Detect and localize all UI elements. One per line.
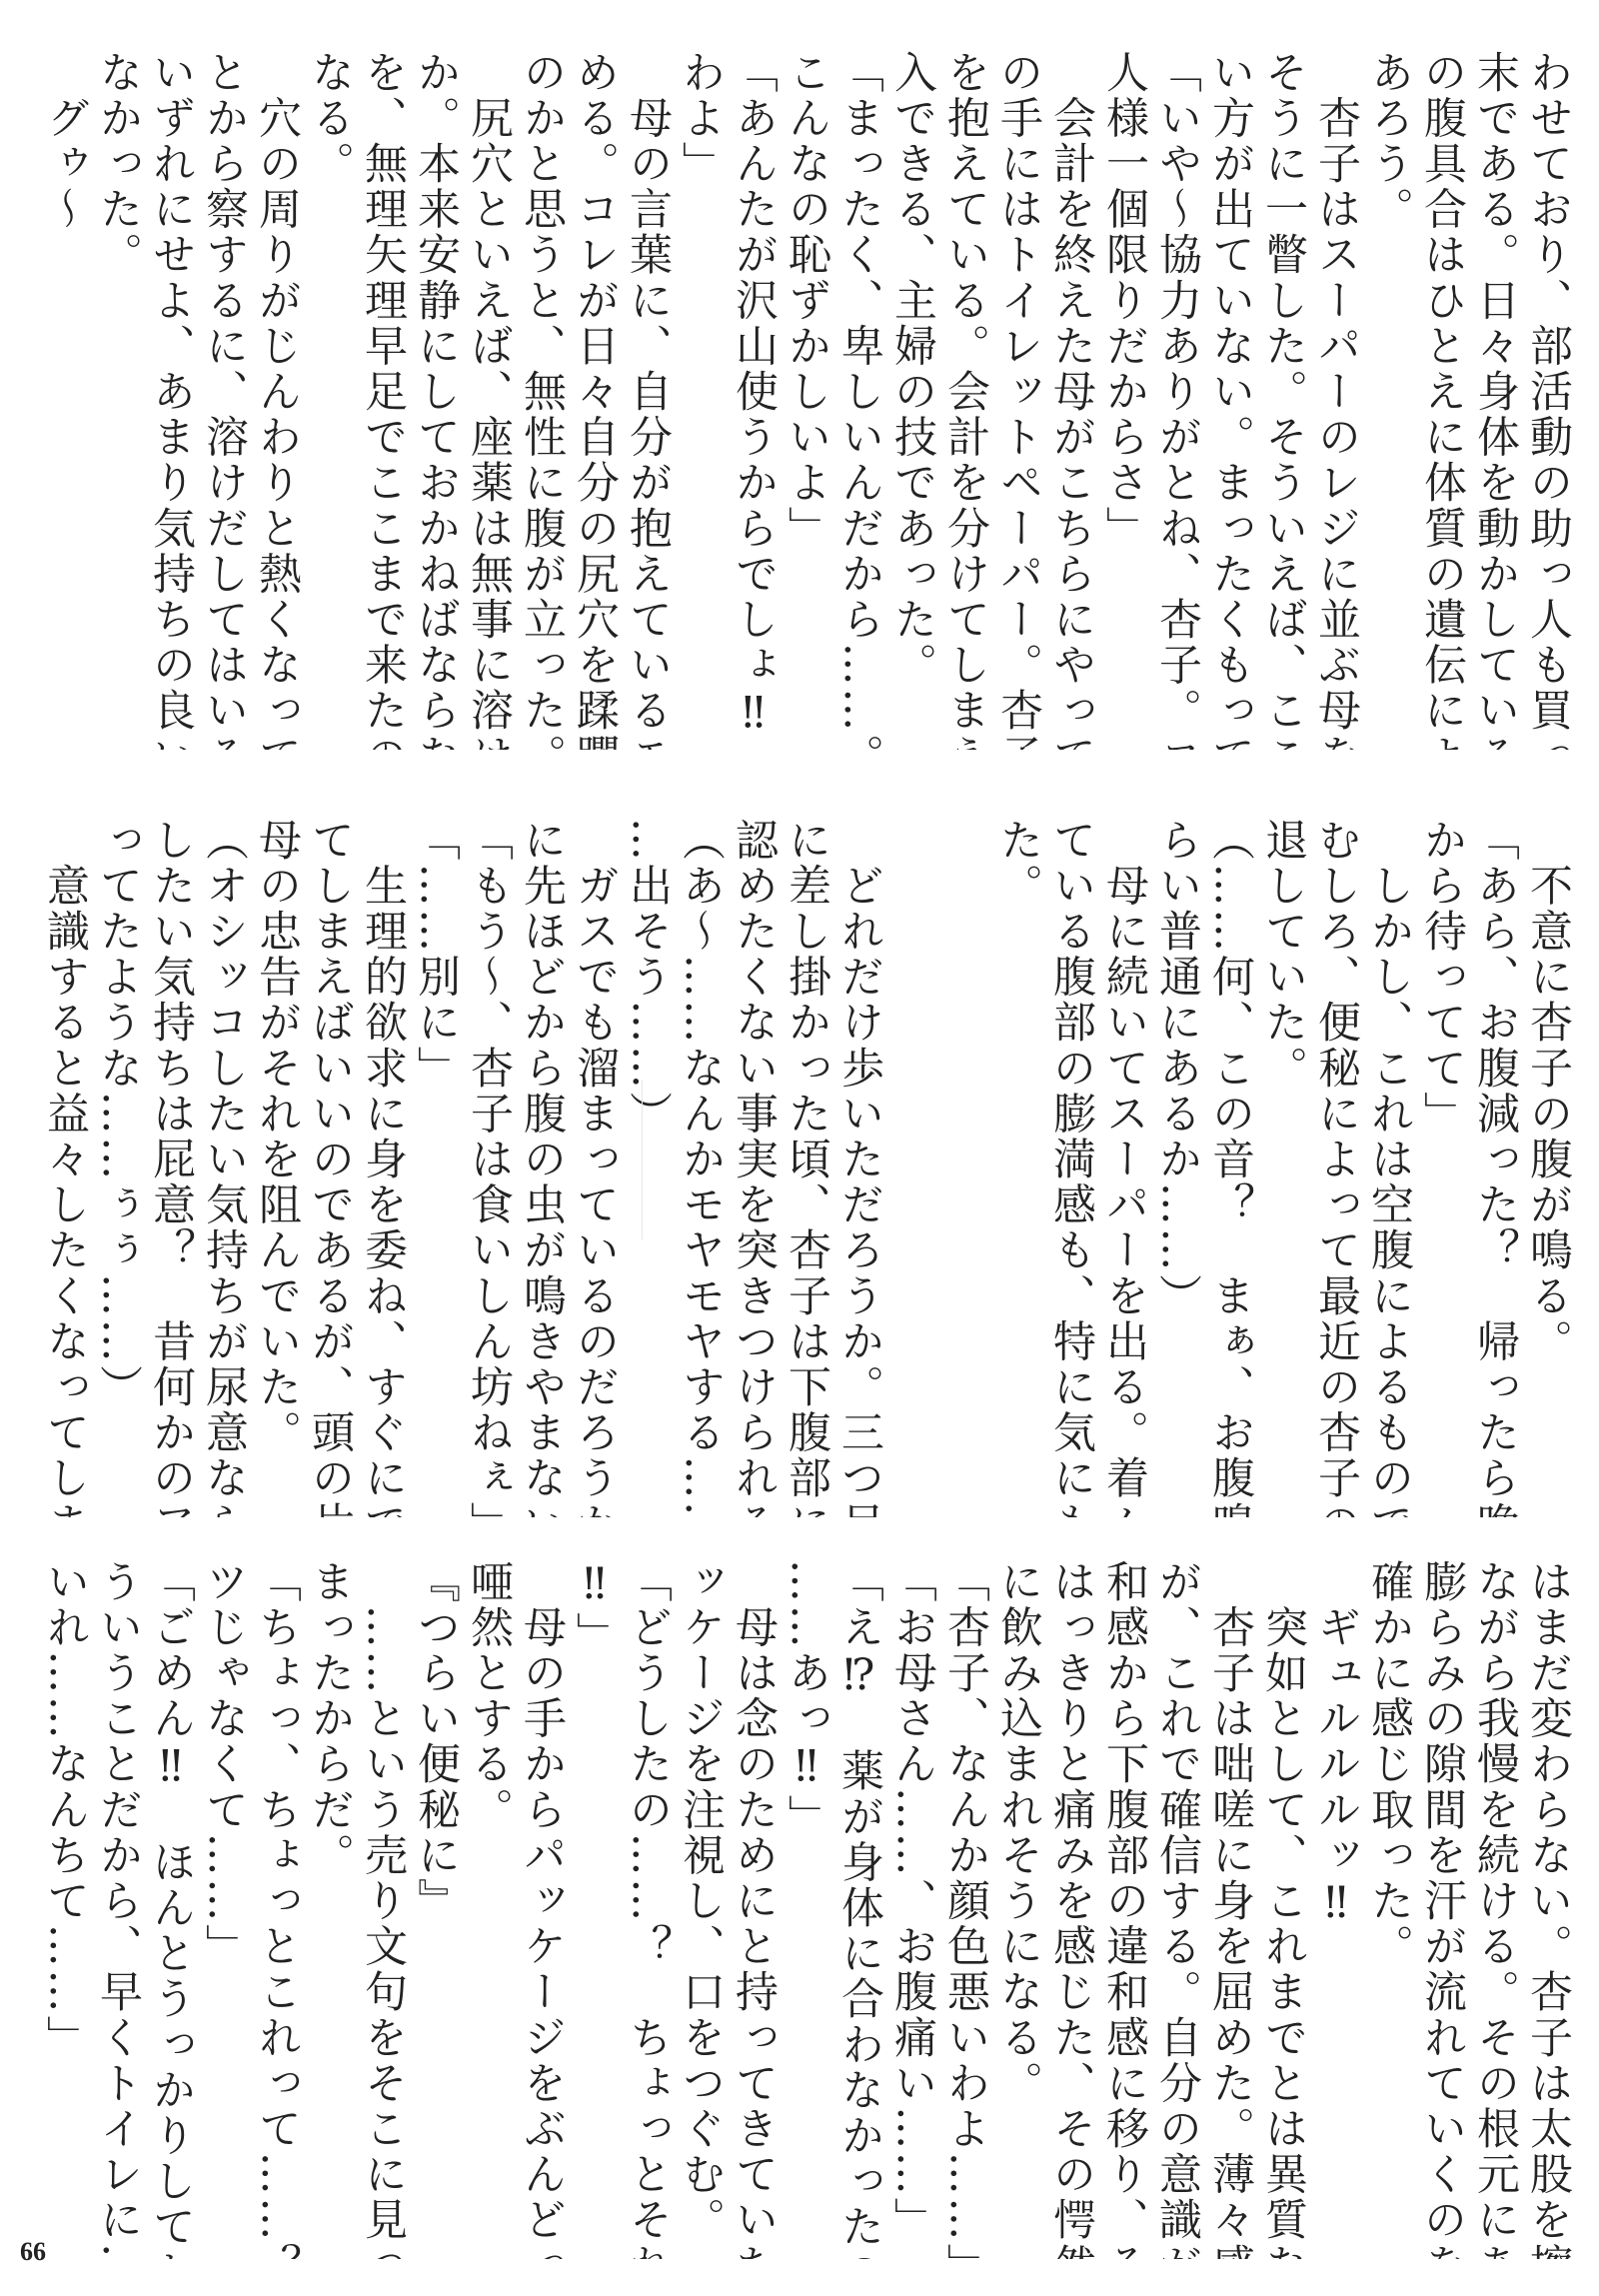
text-block-bottom: はまだ変わらない。杏子は太股を擦り合わせ ながら我慢を続ける。その根元にある二つ… — [35, 1559, 1574, 2259]
text-line: （オシッコしたい気持ちが尿意なら、オナラ — [197, 818, 250, 1517]
text-line: が、これで確信する。自分の意識が肛門の違 — [1150, 1559, 1203, 2259]
text-line: グゥ〜 — [38, 50, 91, 750]
text-line: に先ほどから腹の虫が鳴きやまない。 — [515, 818, 568, 1517]
text-block-top: わせており、部活動の助っ人も買って出る始 末である。日々身体を動かしているのに、… — [35, 50, 1574, 750]
text-line: に飲み込まれそうになる。 — [991, 1559, 1044, 2259]
text-line: 「え⁉ 薬が身体に合わなかったのかしら — [832, 1559, 885, 2259]
text-line: 「もう〜、杏子は食いしん坊ねぇ」 — [462, 818, 515, 1517]
text-line: 唖然とする。 — [462, 1559, 515, 2259]
text-line: 尻穴といえば、座薬は無事に溶けただろう — [462, 50, 515, 750]
text-line: いずれにせよ、あまり気持ちの良いものでは — [144, 50, 197, 750]
text-line: 「……別に」 — [409, 818, 462, 1517]
text-line: むしろ、便秘によって最近の杏子の食欲は減 — [1309, 818, 1362, 1517]
text-line: 杏子は咄嗟に身を屈めた。薄々感じていた — [1203, 1559, 1256, 2259]
text-line: いれ……なんちて……」 — [38, 1559, 91, 2259]
text-line: まったからだ。 — [303, 1559, 356, 2259]
text-line: 母に続いてスーパーを出る。着々と進行し — [1097, 818, 1150, 1517]
text-line: はっきりと痛みを感じた、その愕然たる事実 — [1044, 1559, 1097, 2259]
text-line: （……何、この音？ まぁ、お腹鳴ることく — [1203, 818, 1256, 1517]
page-number: 66 — [20, 2237, 46, 2267]
text-line: 穴の周りがじんわりと熱くなっていたこ — [250, 50, 303, 750]
text-line: 膨らみの隙間を汗が流れていくのを、杏子は — [1415, 1559, 1468, 2259]
text-line: ういうことだから、早くトイレに……行っと — [91, 1559, 144, 2259]
text-line: はまだ変わらない。杏子は太股を擦り合わせ — [1521, 1559, 1574, 2259]
text-line: 末である。日々身体を動かしているのに、こ — [1468, 50, 1521, 750]
text-line: なかった。 — [91, 50, 144, 750]
text-line: ツじゃなくて……」 — [197, 1559, 250, 2259]
text-line: 「ちょっ、ちょっとこれって……？ 痔のヤ — [250, 1559, 303, 2259]
text-line: 「あんたが沢山使うからでしょ‼ さ、帰る — [727, 50, 780, 750]
text-line: …出そう……） — [621, 818, 674, 1517]
text-line: ている腹部の膨満感も、特に気にも留めずい — [1044, 818, 1097, 1517]
text-line: しかし、これは空腹によるものではない。 — [1362, 818, 1415, 1517]
blank-line: ​ — [938, 818, 991, 1517]
text-line: 「まったく、卑しいんだから……。二人して — [832, 50, 885, 750]
text-line: 「いや〜協力ありがとね、杏子。コレ、お一 — [1150, 50, 1203, 750]
text-line: 確かに感じ取った。 — [1362, 1559, 1415, 2259]
text-line: た。 — [991, 818, 1044, 1517]
scan-artifact-line — [642, 1080, 643, 1239]
text-line: 杏子はスーパーのレジに並ぶ母を恨めし — [1309, 50, 1362, 750]
text-line: ってたような……ぅぅ……） — [91, 818, 144, 1517]
text-line: 『つらい便秘に』 — [409, 1559, 462, 2259]
text-block-middle: 不意に杏子の腹が鳴る。 「あら、お腹減った？ 帰ったら晩ご飯作る から待ってて」… — [35, 818, 1574, 1517]
text-line: とから察するに、溶けだしてはいるのだろう。 — [197, 50, 250, 750]
text-line: める。コレが日々自分の尻穴を蹂躙している — [568, 50, 621, 750]
text-line: ‼」 — [568, 1559, 621, 2259]
text-line: 人様一個限りだからさ」 — [1097, 50, 1150, 750]
text-line: わせており、部活動の助っ人も買って出る始 — [1521, 50, 1574, 750]
text-line: ギュルルルッ‼ — [1309, 1559, 1362, 2259]
text-line: らい普通にあるか……） — [1150, 818, 1203, 1517]
text-line: 不意に杏子の腹が鳴る。 — [1521, 818, 1574, 1517]
text-line: そうに一瞥した。そういえば、ここ数日大き — [1256, 50, 1309, 750]
text-line: 母の手からパッケージをぶんどった杏子は — [515, 1559, 568, 2259]
text-line: の腹具合はひとえに体質の遺伝によるもので — [1415, 50, 1468, 750]
text-line: ながら我慢を続ける。その根元にある二つの — [1468, 1559, 1521, 2259]
text-line: 「杏子、なんか顔色悪いわよ……」 — [938, 1559, 991, 2259]
text-line: 生理的欲求に身を委ね、すぐにでも解放し — [356, 818, 409, 1517]
text-line: の手にはトイレットペーパー。杏子も同じ物 — [991, 50, 1044, 750]
text-line: 「お母さん……、お腹痛い……」 — [885, 1559, 938, 2259]
text-line: に差し掛かった頃、杏子は下腹部に手を当て、 — [780, 818, 832, 1517]
text-line: どれだけ歩いただろうか。三つ目の赤信号 — [832, 818, 885, 1517]
text-line: 母の忠告がそれを阻んでいた。 — [250, 818, 303, 1517]
text-line: わよ」 — [674, 50, 727, 750]
text-line: ……という売り文句をそこに見つけてし — [356, 1559, 409, 2259]
text-line: 母の言葉に、自分が抱えているモノを見つ — [621, 50, 674, 750]
text-line: から待ってて」 — [1415, 818, 1468, 1517]
text-line: ッケージを注視し、口をつぐむ。 — [674, 1559, 727, 2259]
text-line: ……あっ‼」 — [780, 1559, 832, 2259]
text-line: 退していた。 — [1256, 818, 1309, 1517]
text-line: 認めたくない事実を突きつけられる。 — [727, 818, 780, 1517]
text-line: てしまえばいいのであるが、頭の片隅にある — [303, 818, 356, 1517]
text-line: 和感から下腹部の違和感に移り、そして今、 — [1097, 1559, 1150, 2259]
text-line: なる。 — [303, 50, 356, 750]
text-line: 「ごめん‼ ほんとうっかりしてた‼ そ — [144, 1559, 197, 2259]
text-line: を抱えている。会計を分けてしまえば二個購 — [938, 50, 991, 750]
text-line: 「どうしたの……？ ちょっとそれ貸して — [621, 1559, 674, 2259]
text-line: 「あら、お腹減った？ 帰ったら晩ご飯作る — [1468, 818, 1521, 1517]
text-line: 会計を終えた母がこちらにやって来る。そ — [1044, 50, 1097, 750]
text-line: あろう。 — [1362, 50, 1415, 750]
text-line: （あ〜……なんかモヤモヤする……オナラ… — [674, 818, 727, 1517]
text-line: こんなの恥ずかしいよ」 — [780, 50, 832, 750]
text-line: 突如として、これまでとは異質な音が響く。 — [1256, 1559, 1309, 2259]
text-line: い方が出ていない。まったくもって嫌になる。 — [1203, 50, 1256, 750]
text-line: を、無理矢理早足でここまで来たので心配に — [356, 50, 409, 750]
text-line: 入できる、主婦の技であった。 — [885, 50, 938, 750]
text-line: のかと思うと、無性に腹が立った。 — [515, 50, 568, 750]
text-line: したい気持ちは屁意？ 昔何かのアニメで言 — [144, 818, 197, 1517]
book-page: わせており、部活動の助っ人も買って出る始 末である。日々身体を動かしているのに、… — [0, 0, 1599, 2296]
text-line: 意識すると益々したくなってしまう。信号 — [38, 818, 91, 1517]
text-line: 母は念のためにと持ってきていた座薬のパ — [727, 1559, 780, 2259]
blank-line: ​ — [885, 818, 938, 1517]
text-line: か。本来安静にしておかねばならないところ — [409, 50, 462, 750]
text-line: ガスでも溜まっているのだろうか。おまけ — [568, 818, 621, 1517]
